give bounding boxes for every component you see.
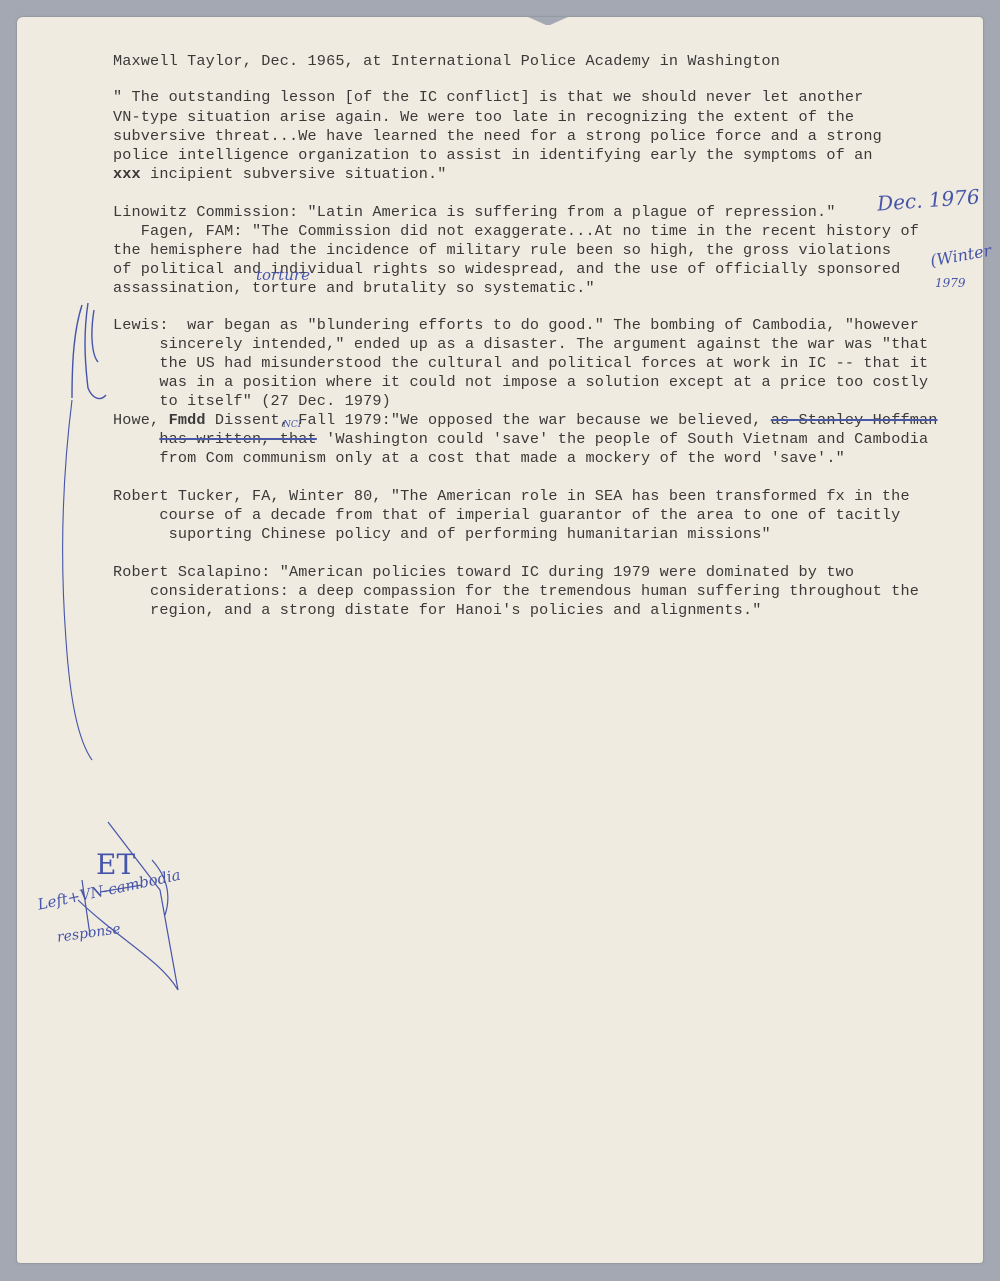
underline-stroke	[100, 885, 142, 892]
pen-marks	[0, 0, 1000, 1281]
bottom-scribble	[78, 822, 178, 990]
margin-bracket-line	[63, 400, 92, 760]
margin-scribble	[72, 303, 106, 399]
